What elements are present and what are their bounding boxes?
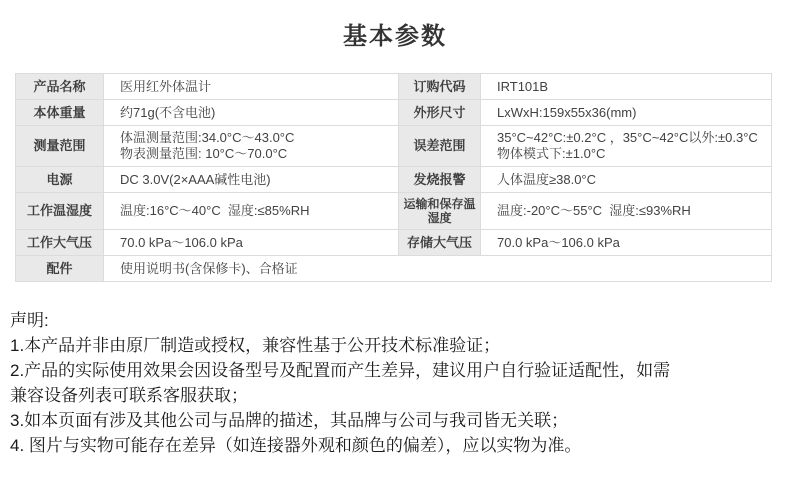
spec-value-power: DC 3.0V(2×AAA碱性电池) (104, 167, 399, 193)
spec-label-storage-transport-temp-humidity: 运输和保存温湿度 (399, 193, 481, 230)
table-row: 电源 DC 3.0V(2×AAA碱性电池) 发烧报警 人体温度≥38.0°C (16, 167, 772, 193)
spec-label-product-name: 产品名称 (16, 74, 104, 100)
page-title: 基本参数 (0, 0, 790, 52)
table-row: 配件 使用说明书(含保修卡)、合格证 (16, 256, 772, 282)
spec-value-storage-pressure: 70.0 kPa～106.0 kPa (481, 230, 772, 256)
disclaimer-heading: 声明: (10, 308, 778, 333)
table-row: 工作大气压 70.0 kPa～106.0 kPa 存储大气压 70.0 kPa～… (16, 230, 772, 256)
spec-label-storage-pressure: 存储大气压 (399, 230, 481, 256)
spec-value-error-range: 35°C~42°C:±0.2°C ，35°C~42°C以外:±0.3°C 物体模… (481, 126, 772, 167)
spec-value-working-pressure: 70.0 kPa～106.0 kPa (104, 230, 399, 256)
spec-value-storage-transport-temp-humidity: 温度:-20°C～55°C 湿度:≤93%RH (481, 193, 772, 230)
product-spec-page: 基本参数 产品名称 医用红外体温计 订购代码 IRT101B 本体重量 约71g… (0, 0, 790, 491)
disclaimer: 声明: 1.本产品并非由原厂制造或授权，兼容性基于公开技术标准验证； 2.产品的… (10, 308, 778, 458)
spec-value-product-name: 医用红外体温计 (104, 74, 399, 100)
spec-value-working-temp-humidity: 温度:16°C～40°C 湿度:≤85%RH (104, 193, 399, 230)
spec-label-error-range: 误差范围 (399, 126, 481, 167)
table-row: 本体重量 约71g(不含电池) 外形尺寸 LxWxH:159x55x36(mm) (16, 100, 772, 126)
table-row: 工作温湿度 温度:16°C～40°C 湿度:≤85%RH 运输和保存温湿度 温度… (16, 193, 772, 230)
spec-label-order-code: 订购代码 (399, 74, 481, 100)
spec-label-working-pressure: 工作大气压 (16, 230, 104, 256)
spec-value-dimensions: LxWxH:159x55x36(mm) (481, 100, 772, 126)
spec-value-weight: 约71g(不含电池) (104, 100, 399, 126)
spec-label-power: 电源 (16, 167, 104, 193)
table-row: 产品名称 医用红外体温计 订购代码 IRT101B (16, 74, 772, 100)
spec-label-working-temp-humidity: 工作温湿度 (16, 193, 104, 230)
disclaimer-line: 3.如本页面有涉及其他公司与品牌的描述，其品牌与公司与我司皆无关联； (10, 408, 778, 433)
spec-label-weight: 本体重量 (16, 100, 104, 126)
disclaimer-line: 4. 图片与实物可能存在差异（如连接器外观和颜色的偏差），应以实物为准。 (10, 433, 778, 458)
spec-table: 产品名称 医用红外体温计 订购代码 IRT101B 本体重量 约71g(不含电池… (15, 73, 772, 282)
spec-label-measure-range: 测量范围 (16, 126, 104, 167)
spec-label-fever-alarm: 发烧报警 (399, 167, 481, 193)
disclaimer-line: 2.产品的实际使用效果会因设备型号及配置而产生差异，建议用户自行验证适配性，如需… (10, 358, 778, 408)
spec-label-dimensions: 外形尺寸 (399, 100, 481, 126)
table-row: 测量范围 体温测量范围:34.0°C～43.0°C 物表测量范围: 10°C～7… (16, 126, 772, 167)
spec-value-order-code: IRT101B (481, 74, 772, 100)
spec-label-accessories: 配件 (16, 256, 104, 282)
spec-value-accessories: 使用说明书(含保修卡)、合格证 (104, 256, 772, 282)
disclaimer-line: 1.本产品并非由原厂制造或授权，兼容性基于公开技术标准验证； (10, 333, 778, 358)
spec-value-measure-range: 体温测量范围:34.0°C～43.0°C 物表测量范围: 10°C～70.0°C (104, 126, 399, 167)
spec-value-fever-alarm: 人体温度≥38.0°C (481, 167, 772, 193)
